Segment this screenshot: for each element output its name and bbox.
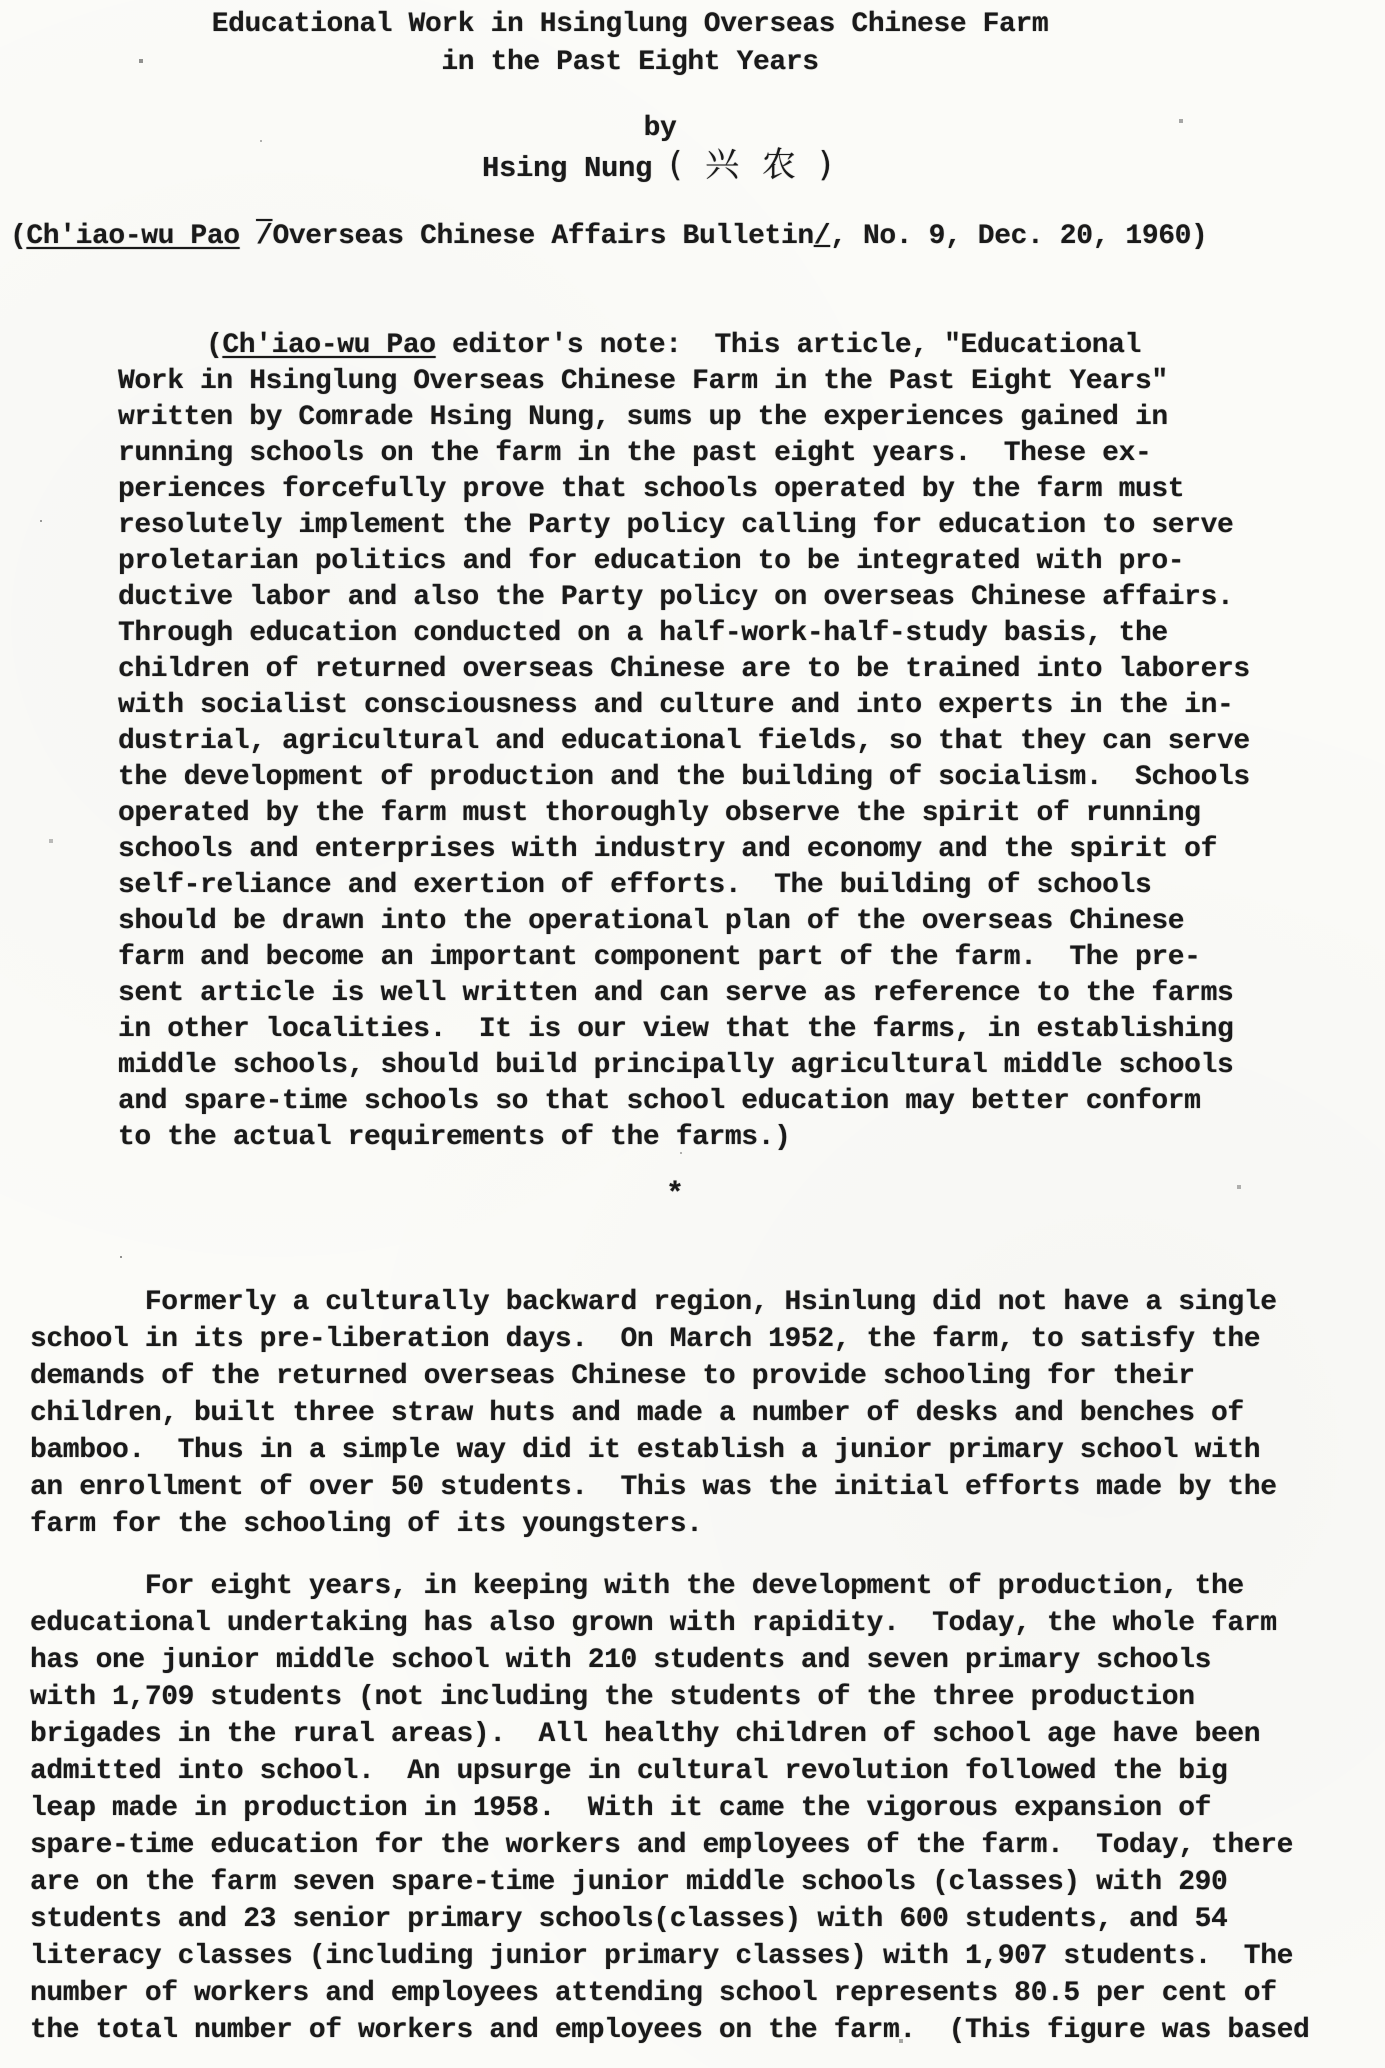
citation-bracket-open: / — [256, 221, 272, 252]
editors-note-body: Work in Hsinglung Overseas Chinese Farm … — [118, 364, 1358, 1156]
byline: by Hsing Nung ( 兴 农 ) — [70, 112, 1250, 186]
author-name-chinese: ( 兴 农 ) — [669, 145, 838, 185]
citation-space — [240, 221, 256, 252]
document-title: Educational Work in Hsinglung Overseas C… — [70, 6, 1190, 82]
note-open-paren: ( — [206, 330, 222, 361]
citation-journal-name: Ch'iao-wu Pao — [26, 221, 239, 252]
note-journal-name: Ch'iao-wu Pao — [222, 330, 435, 361]
citation-journal-translation: Overseas Chinese Affairs Bulletin — [272, 221, 813, 252]
editors-note-first-line: (Ch'iao-wu Pao editor's note: This artic… — [118, 328, 1358, 364]
author-row: Hsing Nung ( 兴 农 ) — [70, 148, 1250, 186]
citation-issue-date: , No. 9, Dec. 20, 1960) — [830, 221, 1207, 252]
citation-open-paren: ( — [10, 221, 26, 252]
scanned-document-page: Educational Work in Hsinglung Overseas C… — [0, 0, 1385, 2068]
section-separator-asterisk: * — [666, 1178, 684, 1212]
scan-noise — [0, 0, 2, 2]
body-paragraph-2: For eight years, in keeping with the dev… — [30, 1568, 1370, 2049]
author-name: Hsing Nung — [482, 152, 652, 185]
editors-note: (Ch'iao-wu Pao editor's note: This artic… — [118, 328, 1358, 1156]
source-citation: (Ch'iao-wu Pao /Overseas Chinese Affairs… — [10, 220, 1207, 254]
byline-by: by — [70, 112, 1250, 146]
body-paragraph-1: Formerly a culturally backward region, H… — [30, 1284, 1370, 1543]
note-first-line-text: editor's note: This article, "Educationa… — [436, 330, 1141, 361]
citation-bracket-close: / — [814, 221, 830, 252]
